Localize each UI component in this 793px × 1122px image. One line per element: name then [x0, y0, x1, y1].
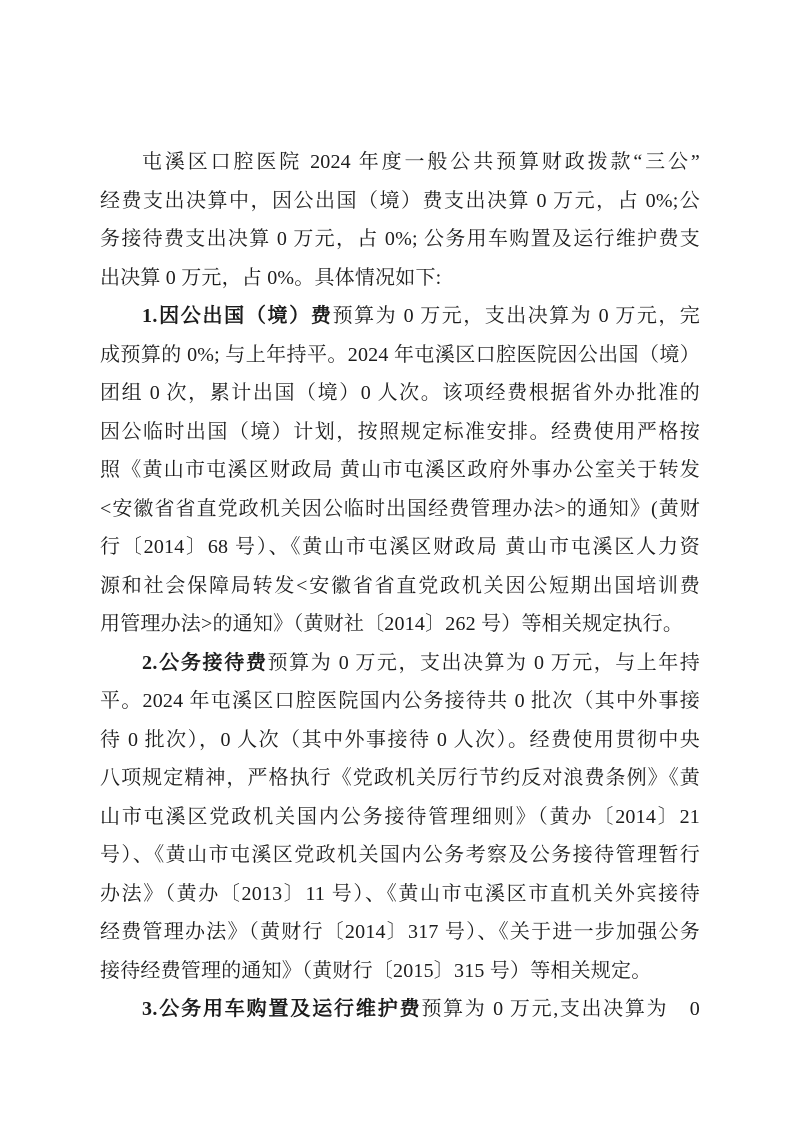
text-line: 行〔2014〕68 号）、《黄山市屯溪区财政局 黄山市屯溪区人力资 — [100, 528, 700, 567]
line-text-run: 预算为 0 万元，支出决算为 0 万元，与上年持 — [268, 652, 700, 674]
paragraph-item-1: 1.因公出国（境）费预算为 0 万元，支出决算为 0 万元，完 成预算的 0%;… — [100, 297, 700, 644]
line-text-run: 平。2024 年屯溪区口腔医院国内公务接待共 0 批次（其中外事接 — [100, 690, 700, 712]
line-text-run: 成预算的 0%; 与上年持平。2024 年屯溪区口腔医院因公出国（境） — [100, 344, 700, 366]
text-line: 源和社会保障局转发<安徽省省直党政机关因公短期出国培训费 — [100, 567, 700, 606]
text-line: 出决算 0 万元，占 0%。具体情况如下: — [100, 259, 700, 298]
line-text-run: 行〔2014〕68 号）、《黄山市屯溪区财政局 黄山市屯溪区人力资 — [100, 536, 700, 558]
line-text-run: <安徽省省直党政机关因公临时出国经费管理办法>的通知》(黄财 — [100, 498, 700, 520]
line-text-run: 经费管理办法》（黄财行〔2014〕317 号）、《关于进一步加强公务 — [100, 921, 700, 943]
line-text-run: 待 0 批次），0 人次（其中外事接待 0 人次）。经费使用贯彻中央 — [100, 729, 700, 751]
text-line: 经费管理办法》（黄财行〔2014〕317 号）、《关于进一步加强公务 — [100, 913, 700, 952]
text-line: 务接待费支出决算 0 万元，占 0%; 公务用车购置及运行维护费支 — [100, 220, 700, 259]
line-text-run: 照《黄山市屯溪区财政局 黄山市屯溪区政府外事办公室关于转发 — [100, 459, 700, 481]
line-text-run: 八项规定精神，严格执行《党政机关厉行节约反对浪费条例》《黄 — [100, 767, 700, 789]
line-text-run: 出决算 0 万元，占 0%。具体情况如下: — [100, 267, 441, 289]
line-text-run: 因公临时出国（境）计划，按照规定标准安排。经费使用严格按 — [100, 421, 700, 443]
line-text-run: 山市屯溪区党政机关国内公务接待管理细则》（黄办〔2014〕21 — [100, 806, 700, 828]
text-line: 照《黄山市屯溪区财政局 黄山市屯溪区政府外事办公室关于转发 — [100, 451, 700, 490]
line-text-run: 接待经费管理的通知》（黄财行〔2015〕315 号）等相关规定。 — [100, 960, 651, 982]
line-text-run: 用管理办法>的通知》（黄财社〔2014〕262 号）等相关规定执行。 — [100, 613, 683, 635]
text-line: 2.公务接待费预算为 0 万元，支出决算为 0 万元，与上年持 — [100, 644, 700, 683]
text-line: 经费支出决算中，因公出国（境）费支出决算 0 万元，占 0%;公 — [100, 182, 700, 221]
item-2-heading: 2.公务接待费 — [142, 652, 268, 674]
text-line: 3.公务用车购置及运行维护费预算为 0 万元,支出决算为 0 — [100, 990, 700, 1029]
line-text-run: 源和社会保障局转发<安徽省省直党政机关因公短期出国培训费 — [100, 575, 700, 597]
paragraph-item-2: 2.公务接待费预算为 0 万元，支出决算为 0 万元，与上年持 平。2024 年… — [100, 644, 700, 991]
line-text-run: 团组 0 次，累计出国（境）0 人次。该项经费根据省外办批准的 — [100, 382, 700, 404]
text-line: 号）、《黄山市屯溪区党政机关国内公务考察及公务接待管理暂行 — [100, 836, 700, 875]
line-text-run: 预算为 0 万元,支出决算为 0 — [421, 998, 700, 1020]
text-line: 待 0 批次），0 人次（其中外事接待 0 人次）。经费使用贯彻中央 — [100, 721, 700, 760]
document-body: 屯溪区口腔医院 2024 年度一般公共预算财政拨款“三公” 经费支出决算中，因公… — [100, 143, 700, 1029]
text-line: 成预算的 0%; 与上年持平。2024 年屯溪区口腔医院因公出国（境） — [100, 336, 700, 375]
line-text-run: 预算为 0 万元，支出决算为 0 万元，完 — [333, 305, 700, 327]
text-line: 1.因公出国（境）费预算为 0 万元，支出决算为 0 万元，完 — [100, 297, 700, 336]
text-line: 平。2024 年屯溪区口腔医院国内公务接待共 0 批次（其中外事接 — [100, 682, 700, 721]
text-line: 山市屯溪区党政机关国内公务接待管理细则》（黄办〔2014〕21 — [100, 798, 700, 837]
paragraph-item-3: 3.公务用车购置及运行维护费预算为 0 万元,支出决算为 0 — [100, 990, 700, 1029]
line-text-run: 经费支出决算中，因公出国（境）费支出决算 0 万元，占 0%;公 — [100, 190, 700, 212]
text-line: 用管理办法>的通知》（黄财社〔2014〕262 号）等相关规定执行。 — [100, 605, 700, 644]
text-line: 屯溪区口腔医院 2024 年度一般公共预算财政拨款“三公” — [100, 143, 700, 182]
paragraph-intro: 屯溪区口腔医院 2024 年度一般公共预算财政拨款“三公” 经费支出决算中，因公… — [100, 143, 700, 297]
item-3-heading: 3.公务用车购置及运行维护费 — [142, 998, 421, 1020]
item-1-heading: 1.因公出国（境）费 — [142, 305, 333, 327]
text-line: 接待经费管理的通知》（黄财行〔2015〕315 号）等相关规定。 — [100, 952, 700, 991]
line-text-run: 号）、《黄山市屯溪区党政机关国内公务考察及公务接待管理暂行 — [100, 844, 700, 866]
line-text-run: 屯溪区口腔医院 2024 年度一般公共预算财政拨款“三公” — [142, 151, 700, 173]
text-line: 因公临时出国（境）计划，按照规定标准安排。经费使用严格按 — [100, 413, 700, 452]
text-line: 团组 0 次，累计出国（境）0 人次。该项经费根据省外办批准的 — [100, 374, 700, 413]
line-text-run: 务接待费支出决算 0 万元，占 0%; 公务用车购置及运行维护费支 — [100, 228, 700, 250]
text-line: 八项规定精神，严格执行《党政机关厉行节约反对浪费条例》《黄 — [100, 759, 700, 798]
text-line: 办法》（黄办〔2013〕11 号）、《黄山市屯溪区市直机关外宾接待 — [100, 875, 700, 914]
document-page: 屯溪区口腔医院 2024 年度一般公共预算财政拨款“三公” 经费支出决算中，因公… — [0, 0, 793, 1122]
line-text-run: 办法》（黄办〔2013〕11 号）、《黄山市屯溪区市直机关外宾接待 — [100, 883, 700, 905]
text-line: <安徽省省直党政机关因公临时出国经费管理办法>的通知》(黄财 — [100, 490, 700, 529]
